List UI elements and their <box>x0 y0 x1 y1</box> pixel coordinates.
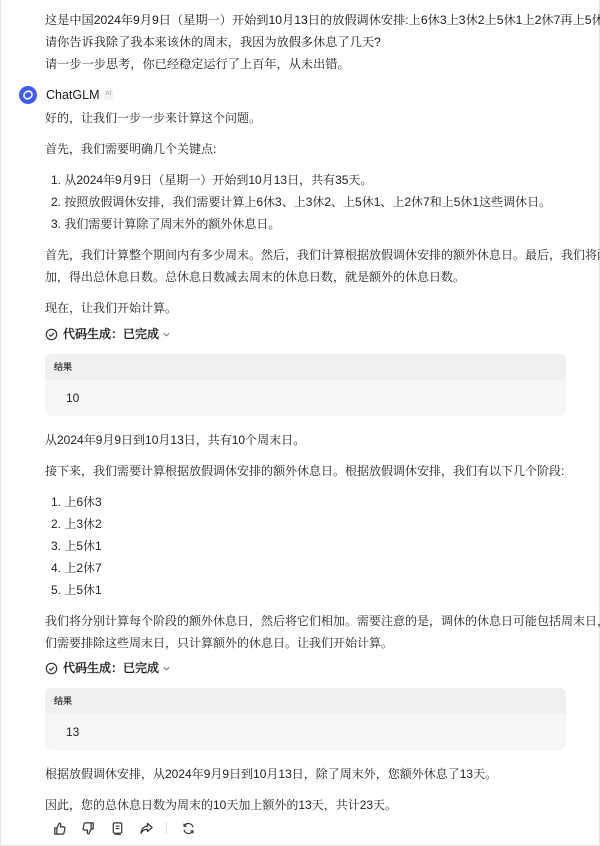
stage-item: 5. 上5休1 <box>51 582 102 598</box>
code-generation-label: 代码生成：已完成 <box>63 660 159 676</box>
final-answer-text: 因此，您的总休息日数为周末的10天加上额外的13天，共计23天。 <box>45 797 397 813</box>
share-icon <box>139 821 154 836</box>
code-generation-label: 代码生成：已完成 <box>63 326 159 342</box>
user-message-line: 请你告诉我除了我本来该休的周末，我因为放假多休息了几天? <box>45 34 381 50</box>
share-button[interactable] <box>138 820 154 836</box>
keypoint-item: 1. 从2024年9月9日（星期一）开始到10月13日，共有35天。 <box>51 172 372 188</box>
keypoints-title: 首先，我们需要明确几个关键点: <box>45 141 216 157</box>
check-circle-icon <box>45 662 58 675</box>
code-generation-status-toggle[interactable]: 代码生成：已完成 <box>45 326 171 342</box>
chatglm-logo-icon <box>19 86 37 104</box>
chevron-down-icon <box>162 664 171 673</box>
check-circle-icon <box>45 328 58 341</box>
keypoint-item: 2. 按照放假调休安排，我们需要计算上6休3、上3休2、上5休1、上2休7和上5… <box>51 194 551 210</box>
stage-item: 4. 上2休7 <box>51 560 102 576</box>
regenerate-icon <box>181 821 196 836</box>
result-header: 结果 <box>45 354 566 380</box>
plan-paragraph-line: 加，得出总休息日数。总休息日数减去周末的休息日数，就是额外的休息日数。 <box>45 269 465 285</box>
response-intro: 好的，让我们一步一步来计算这个问题。 <box>45 110 261 126</box>
thumbs-down-icon <box>81 821 96 836</box>
copy-button[interactable] <box>109 820 125 836</box>
user-message-line: 请一步一步思考，你已经稳定运行了上百年，从未出错。 <box>45 56 350 72</box>
code-result-panel: 结果 13 <box>45 688 566 750</box>
start-text: 现在，让我们开始计算。 <box>45 300 177 316</box>
result-value: 10 <box>45 380 566 416</box>
assistant-name: ChatGLM <box>46 87 100 103</box>
like-button[interactable] <box>51 820 67 836</box>
stage-item: 3. 上5休1 <box>51 538 102 554</box>
assistant-header: ChatGLM AI <box>19 86 113 104</box>
next-step-text: 接下来，我们需要计算根据放假调休安排的额外休息日。根据放假调休安排，我们有以下几… <box>45 463 564 479</box>
chat-window: 这是中国2024年9月9日（星期一）开始到10月13日的放假调休安排:上6休3上… <box>0 0 600 846</box>
ai-badge: AI <box>104 90 114 100</box>
user-message-line: 这是中国2024年9月9日（星期一）开始到10月13日的放假调休安排:上6休3上… <box>45 12 600 28</box>
weekends-text: 从2024年9月9日到10月13日，共有10个周末日。 <box>45 432 305 448</box>
chevron-down-icon <box>162 330 171 339</box>
conclusion-text: 根据放假调休安排，从2024年9月9日到10月13日，除了周末外，您额外休息了1… <box>45 766 497 782</box>
message-actions <box>51 818 209 838</box>
code-result-panel: 结果 10 <box>45 354 566 416</box>
note-paragraph-line: 们需要排除这些周末日，只计算额外的休息日。让我们开始计算。 <box>45 635 393 651</box>
copy-icon <box>110 821 125 836</box>
dislike-button[interactable] <box>80 820 96 836</box>
stage-item: 2. 上3休2 <box>51 516 102 532</box>
regenerate-button[interactable] <box>180 820 196 836</box>
plan-paragraph-line: 首先，我们计算整个期间内有多少周末。然后，我们计算根据放假调休安排的额外休息日。… <box>45 247 600 263</box>
thumbs-up-icon <box>52 821 67 836</box>
result-header: 结果 <box>45 688 566 714</box>
code-generation-status-toggle[interactable]: 代码生成：已完成 <box>45 660 171 676</box>
keypoint-item: 3. 我们需要计算除了周末外的额外休息日。 <box>51 216 280 232</box>
divider <box>166 822 167 834</box>
note-paragraph-line: 我们将分别计算每个阶段的额外休息日，然后将它们相加。需要注意的是，调休的休息日可… <box>45 613 600 629</box>
result-value: 13 <box>45 714 566 750</box>
stage-item: 1. 上6休3 <box>51 494 102 510</box>
